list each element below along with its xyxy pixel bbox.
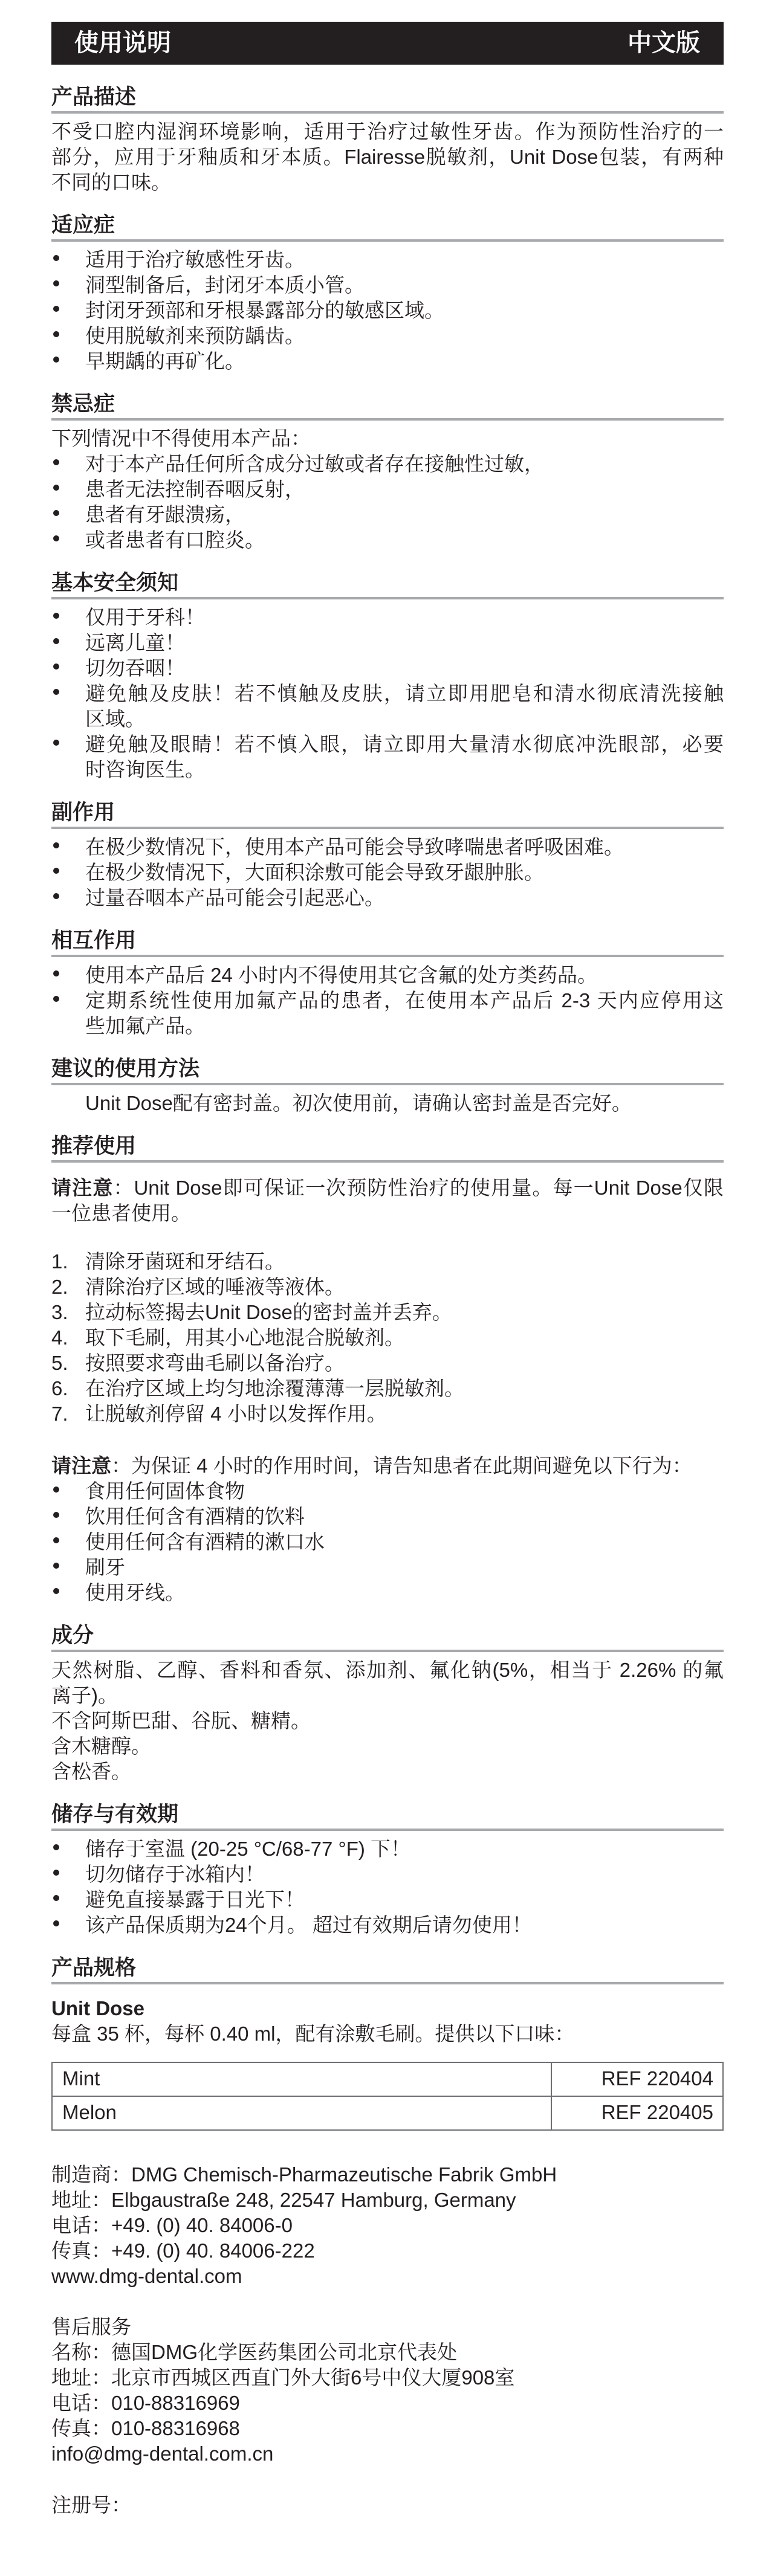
manufacturer-block: 制造商：DMG Chemisch-Pharmazeutische Fabrik … <box>51 2162 724 2289</box>
section-divider <box>51 1982 724 1984</box>
bullet-icon <box>53 613 59 619</box>
instructions-document: 使用说明 中文版 产品描述 不受口腔内湿润环境影响，适用于治疗过敏性牙齿。作为预… <box>51 22 724 2518</box>
bullet-icon <box>53 893 59 899</box>
paragraph-line: 不受口腔内湿润环境影响，适用于治疗过敏性牙齿。作为预防性治疗的一 <box>51 119 724 144</box>
list-item-text: 定期系统性使用加氟产品的患者，在使用本产品后 2-3 天内应停用这 <box>85 988 724 1013</box>
section-body: 请注意：Unit Dose即可保证一次预防性治疗的使用量。每一Unit Dose… <box>51 1175 724 1606</box>
service-phone: 电话：010-88316969 <box>51 2390 724 2416</box>
step-number: 1. <box>51 1249 68 1274</box>
bullet-list: 仅用于牙科！ 远离儿童！ 切勿吞咽！ 避免触及皮肤！若不慎触及皮肤，请立即用肥皂… <box>51 605 724 783</box>
service-address: 地址：北京市西城区西直门外大街6号中仪大厦908室 <box>51 2365 724 2390</box>
document-title: 使用说明 <box>74 22 171 65</box>
manufacturer-name: 制造商：DMG Chemisch-Pharmazeutische Fabrik … <box>51 2162 724 2187</box>
section-body: 不受口腔内湿润环境影响，适用于治疗过敏性牙齿。作为预防性治疗的一 部分，应用于牙… <box>51 119 724 195</box>
bullet-icon <box>53 331 59 337</box>
list-item-text: 储存于室温 (20-25 °C/68-77 °F) 下！ <box>85 1836 724 1862</box>
paragraph-line: 部分，应用于牙釉质和牙本质。Flairesse脱敏剂，Unit Dose包装，有… <box>51 144 724 170</box>
section-heading: 产品规格 <box>51 1955 724 1981</box>
bullet-icon <box>53 1870 59 1876</box>
section-heading: 储存与有效期 <box>51 1802 724 1827</box>
list-item-text: 适用于治疗敏感性牙齿。 <box>85 247 724 273</box>
section-heading: 成分 <box>51 1623 724 1648</box>
step-number: 7. <box>51 1401 68 1427</box>
bullet-icon <box>53 689 59 695</box>
section-ingredients: 成分 天然树脂、乙醇、香料和香氛、添加剂、氟化钠(5%，相当于 2.26% 的氟… <box>51 1623 724 1784</box>
section-specs: 产品规格 Unit Dose 每盒 35 杯，每杯 0.40 ml，配有涂敷毛刷… <box>51 1955 724 2131</box>
section-indications: 适应症 适用于治疗敏感性牙齿。 洞型制备后，封闭牙本质小管。 封闭牙颈部和牙根暴… <box>51 213 724 374</box>
bullet-list: 在极少数情况下，使用本产品可能会导致哮喘患者呼吸困难。 在极少数情况下，大面积涂… <box>51 834 724 911</box>
paragraph-line: 不同的口味。 <box>51 170 724 195</box>
list-item: 避免触及皮肤！若不慎触及皮肤，请立即用肥皂和清水彻底清洗接触 区域。 <box>51 681 724 732</box>
manufacturer-fax: 传真：+49. (0) 40. 84006-222 <box>51 2238 724 2264</box>
step-item: 1.清除牙菌斑和牙结石。 <box>51 1249 724 1274</box>
list-item: 储存于室温 (20-25 °C/68-77 °F) 下！ <box>51 1836 724 1862</box>
bullet-icon <box>53 535 59 541</box>
list-item: 患者无法控制吞咽反射， <box>51 477 724 502</box>
list-item-text: 患者有牙龈溃疡， <box>85 502 724 528</box>
list-item-text: 使用牙线。 <box>85 1580 724 1606</box>
note-text: ：为保证 4 小时的作用时间，请告知患者在此期间避免以下行为： <box>111 1454 692 1477</box>
step-item: 2.清除治疗区域的唾液等液体。 <box>51 1274 724 1300</box>
note-label: 请注意 <box>51 1177 113 1199</box>
list-item: 患者有牙龈溃疡， <box>51 502 724 528</box>
bullet-icon <box>53 970 59 976</box>
list-item: 该产品保质期为24个月。 超过有效期后请勿使用！ <box>51 1913 724 1938</box>
list-item: 使用任何含有酒精的漱口水 <box>51 1529 724 1555</box>
list-item-text: 区域。 <box>85 706 724 732</box>
step-text: 清除治疗区域的唾液等液体。 <box>85 1274 724 1300</box>
step-number: 5. <box>51 1351 68 1376</box>
ref-cell: REF 220405 <box>552 2097 722 2129</box>
flavor-table: Mint REF 220404 Melon REF 220405 <box>51 2062 724 2131</box>
list-item-text: 过量吞咽本产品可能会引起恶心。 <box>85 885 724 911</box>
service-name: 名称：德国DMG化学医药集团公司北京代表处 <box>51 2340 724 2365</box>
list-item-text: 在极少数情况下，大面积涂敷可能会导致牙龈肿胀。 <box>85 860 724 885</box>
list-item-text: 食用任何固体食物 <box>85 1479 724 1504</box>
list-item-text: 对于本产品任何所含成分过敏或者存在接触性过敏， <box>85 451 724 477</box>
step-item: 6.在治疗区域上均匀地涂覆薄薄一层脱敏剂。 <box>51 1376 724 1401</box>
bullet-list: 使用本产品后 24 小时内不得使用其它含氟的处方类药品。 定期系统性使用加氟产品… <box>51 963 724 1039</box>
bullet-icon <box>53 1512 59 1518</box>
section-interactions: 相互作用 使用本产品后 24 小时内不得使用其它含氟的处方类药品。 定期系统性使… <box>51 928 724 1039</box>
list-item: 过量吞咽本产品可能会引起恶心。 <box>51 885 724 911</box>
list-item: 定期系统性使用加氟产品的患者，在使用本产品后 2-3 天内应停用这 些加氟产品。 <box>51 988 724 1039</box>
bullet-icon <box>53 306 59 312</box>
list-item-text: 仅用于牙科！ <box>85 605 724 630</box>
section-divider <box>51 1650 724 1652</box>
package-text: 每盒 35 杯，每杯 0.40 ml，配有涂敷毛刷。提供以下口味： <box>51 2021 724 2047</box>
step-number: 2. <box>51 1274 68 1300</box>
note-line: 请注意：Unit Dose即可保证一次预防性治疗的使用量。每一Unit Dose… <box>51 1175 724 1201</box>
intro-text: 下列情况中不得使用本产品： <box>51 426 724 451</box>
paragraph-line: 含松香。 <box>51 1759 724 1784</box>
section-contraindications: 禁忌症 下列情况中不得使用本产品： 对于本产品任何所含成分过敏或者存在接触性过敏… <box>51 392 724 553</box>
section-heading: 副作用 <box>51 800 724 825</box>
list-item: 仅用于牙科！ <box>51 605 724 630</box>
list-item-text: 切勿储存于冰箱内！ <box>85 1862 724 1887</box>
email-link[interactable]: info@dmg-dental.com.cn <box>51 2441 724 2467</box>
list-item-text: 封闭牙颈部和牙根暴露部分的敏感区域。 <box>85 298 724 323</box>
service-fax: 传真：010-88316968 <box>51 2416 724 2441</box>
paragraph-line: 离子)。 <box>51 1683 724 1708</box>
bullet-icon <box>53 459 59 465</box>
section-heading: 产品描述 <box>51 85 724 110</box>
registration-label: 注册号： <box>51 2493 724 2518</box>
section-divider <box>51 418 724 421</box>
list-item: 切勿储存于冰箱内！ <box>51 1862 724 1887</box>
bullet-icon <box>53 1920 59 1926</box>
section-divider <box>51 827 724 829</box>
list-item-text: 避免直接暴露于日光下！ <box>85 1887 724 1913</box>
section-heading: 禁忌症 <box>51 392 724 417</box>
list-item: 刷牙 <box>51 1555 724 1580</box>
bullet-icon <box>53 638 59 644</box>
bullet-icon <box>53 280 59 286</box>
ref-cell: REF 220404 <box>552 2063 722 2096</box>
step-text: 在治疗区域上均匀地涂覆薄薄一层脱敏剂。 <box>85 1376 724 1401</box>
list-item-text: 使用脱敏剂来预防龋齿。 <box>85 323 724 349</box>
list-item-text: 使用本产品后 24 小时内不得使用其它含氟的处方类药品。 <box>85 963 724 988</box>
bullet-icon <box>53 1844 59 1850</box>
bullet-icon <box>53 868 59 874</box>
list-item-text: 使用任何含有酒精的漱口水 <box>85 1529 724 1555</box>
note-text: ：Unit Dose即可保证一次预防性治疗的使用量。每一Unit Dose仅限 <box>113 1177 724 1199</box>
section-heading: 基本安全须知 <box>51 570 724 596</box>
flavor-cell: Melon <box>53 2097 552 2129</box>
table-row: Melon REF 220405 <box>53 2097 722 2131</box>
section-divider <box>51 239 724 242</box>
step-number: 4. <box>51 1325 68 1351</box>
step-text: 拉动标签揭去Unit Dose的密封盖并丢弃。 <box>85 1300 724 1325</box>
note-line: 一位患者使用。 <box>51 1201 724 1226</box>
list-item: 避免直接暴露于日光下！ <box>51 1887 724 1913</box>
list-item: 切勿吞咽！ <box>51 656 724 681</box>
step-item: 7.让脱敏剂停留 4 小时以发挥作用。 <box>51 1401 724 1427</box>
step-number: 6. <box>51 1376 68 1401</box>
spacer <box>51 1226 724 1249</box>
list-item-text: 在极少数情况下，使用本产品可能会导致哮喘患者呼吸困难。 <box>85 834 724 860</box>
list-item-text: 刷牙 <box>85 1555 724 1580</box>
section-side-effects: 副作用 在极少数情况下，使用本产品可能会导致哮喘患者呼吸困难。 在极少数情况下，… <box>51 800 724 911</box>
language-label: 中文版 <box>627 22 700 65</box>
list-item: 避免触及眼睛！若不慎入眼，请立即用大量清水彻底冲洗眼部，必要 时咨询医生。 <box>51 732 724 783</box>
bullet-icon <box>53 996 59 1002</box>
bullet-icon <box>53 485 59 491</box>
section-divider <box>51 1083 724 1085</box>
list-item-text: 患者无法控制吞咽反射， <box>85 477 724 502</box>
document-header: 使用说明 中文版 <box>51 22 724 65</box>
table-row: Mint REF 220404 <box>53 2063 722 2097</box>
flavor-cell: Mint <box>53 2063 552 2096</box>
step-text: 取下毛刷，用其小心地混合脱敏剂。 <box>85 1325 724 1351</box>
section-heading: 推荐使用 <box>51 1134 724 1159</box>
section-heading: 建议的使用方法 <box>51 1056 724 1082</box>
section-body: Unit Dose配有密封盖。初次使用前，请确认密封盖是否完好。 <box>51 1091 724 1116</box>
list-item-text: 避免触及皮肤！若不慎触及皮肤，请立即用肥皂和清水彻底清洗接触 <box>85 681 724 706</box>
bullet-icon <box>53 663 59 670</box>
bullet-icon <box>53 1563 59 1569</box>
note-label: 请注意 <box>51 1454 111 1477</box>
section-divider <box>51 597 724 599</box>
list-item-text: 或者患者有口腔炎。 <box>85 528 724 553</box>
website-link[interactable]: www.dmg-dental.com <box>51 2264 724 2289</box>
manufacturer-address: 地址：Elbgaustraße 248, 22547 Hamburg, Germ… <box>51 2187 724 2213</box>
bullet-icon <box>53 357 59 363</box>
section-divider <box>51 1160 724 1163</box>
step-text: 清除牙菌斑和牙结石。 <box>85 1249 724 1274</box>
bullet-list: 储存于室温 (20-25 °C/68-77 °F) 下！ 切勿储存于冰箱内！ 避… <box>51 1836 724 1938</box>
list-item-text: 该产品保质期为24个月。 超过有效期后请勿使用！ <box>85 1913 724 1938</box>
list-item: 远离儿童！ <box>51 630 724 656</box>
list-item: 洞型制备后，封闭牙本质小管。 <box>51 273 724 298</box>
list-item-text: 些加氟产品。 <box>85 1013 724 1039</box>
section-divider <box>51 955 724 957</box>
list-item: 适用于治疗敏感性牙齿。 <box>51 247 724 273</box>
list-item-text: 远离儿童！ <box>85 630 724 656</box>
note-line: 请注意：为保证 4 小时的作用时间，请告知患者在此期间避免以下行为： <box>51 1453 724 1479</box>
list-item: 食用任何固体食物 <box>51 1479 724 1504</box>
list-item: 对于本产品任何所含成分过敏或者存在接触性过敏， <box>51 451 724 477</box>
list-item: 或者患者有口腔炎。 <box>51 528 724 553</box>
section-divider <box>51 111 724 114</box>
service-block: 售后服务 名称：德国DMG化学医药集团公司北京代表处 地址：北京市西城区西直门外… <box>51 2314 724 2467</box>
bullet-icon <box>53 740 59 746</box>
section-safety: 基本安全须知 仅用于牙科！ 远离儿童！ 切勿吞咽！ 避免触及皮肤！若不慎触及皮肤… <box>51 570 724 783</box>
list-item: 使用牙线。 <box>51 1580 724 1606</box>
step-text: 让脱敏剂停留 4 小时以发挥作用。 <box>85 1401 724 1427</box>
list-item-text: 切勿吞咽！ <box>85 656 724 681</box>
paragraph-line: 不含阿斯巴甜、谷朊、糖精。 <box>51 1708 724 1734</box>
section-heading: 相互作用 <box>51 928 724 954</box>
section-body: Unit Dose 每盒 35 杯，每杯 0.40 ml，配有涂敷毛刷。提供以下… <box>51 1996 724 2131</box>
paragraph-line: 含木糖醇。 <box>51 1734 724 1759</box>
spacer <box>51 1427 724 1453</box>
bullet-icon <box>53 1588 59 1594</box>
bullet-list: 适用于治疗敏感性牙齿。 洞型制备后，封闭牙本质小管。 封闭牙颈部和牙根暴露部分的… <box>51 247 724 374</box>
list-item: 饮用任何含有酒精的饮料 <box>51 1504 724 1529</box>
section-body: 下列情况中不得使用本产品： 对于本产品任何所含成分过敏或者存在接触性过敏， 患者… <box>51 426 724 553</box>
list-item-text: 时咨询医生。 <box>85 757 724 783</box>
list-item-text: 早期龋的再矿化。 <box>85 349 724 374</box>
list-item: 早期龋的再矿化。 <box>51 349 724 374</box>
bullet-icon <box>53 842 59 848</box>
service-title: 售后服务 <box>51 2314 724 2340</box>
manufacturer-phone: 电话：+49. (0) 40. 84006-0 <box>51 2213 724 2238</box>
list-item: 在极少数情况下，使用本产品可能会导致哮喘患者呼吸困难。 <box>51 834 724 860</box>
step-item: 5.按照要求弯曲毛刷以备治疗。 <box>51 1351 724 1376</box>
list-item-text: 避免触及眼睛！若不慎入眼，请立即用大量清水彻底冲洗眼部，必要 <box>85 732 724 757</box>
paragraph-line: 天然树脂、乙醇、香料和香氛、添加剂、氟化钠(5%，相当于 2.26% 的氟 <box>51 1658 724 1683</box>
section-body: 天然树脂、乙醇、香料和香氛、添加剂、氟化钠(5%，相当于 2.26% 的氟 离子… <box>51 1658 724 1784</box>
product-name: Unit Dose <box>51 1996 724 2021</box>
method-text: Unit Dose配有密封盖。初次使用前，请确认密封盖是否完好。 <box>51 1091 724 1116</box>
list-item: 在极少数情况下，大面积涂敷可能会导致牙龈肿胀。 <box>51 860 724 885</box>
step-item: 3.拉动标签揭去Unit Dose的密封盖并丢弃。 <box>51 1300 724 1325</box>
section-usage: 推荐使用 请注意：Unit Dose即可保证一次预防性治疗的使用量。每一Unit… <box>51 1134 724 1606</box>
section-heading: 适应症 <box>51 213 724 238</box>
list-item: 使用本产品后 24 小时内不得使用其它含氟的处方类药品。 <box>51 963 724 988</box>
bullet-icon <box>53 1895 59 1901</box>
list-item: 使用脱敏剂来预防龋齿。 <box>51 323 724 349</box>
registration-block: 注册号： <box>51 2493 724 2518</box>
section-recommended-method: 建议的使用方法 Unit Dose配有密封盖。初次使用前，请确认密封盖是否完好。 <box>51 1056 724 1116</box>
list-item-text: 洞型制备后，封闭牙本质小管。 <box>85 273 724 298</box>
bullet-icon <box>53 255 59 261</box>
step-item: 4.取下毛刷，用其小心地混合脱敏剂。 <box>51 1325 724 1351</box>
bullet-icon <box>53 1537 59 1543</box>
bullet-icon <box>53 510 59 516</box>
section-divider <box>51 1829 724 1831</box>
list-item-text: 饮用任何含有酒精的饮料 <box>85 1504 724 1529</box>
list-item: 封闭牙颈部和牙根暴露部分的敏感区域。 <box>51 298 724 323</box>
section-storage: 储存与有效期 储存于室温 (20-25 °C/68-77 °F) 下！ 切勿储存… <box>51 1802 724 1938</box>
bullet-icon <box>53 1487 59 1493</box>
step-text: 按照要求弯曲毛刷以备治疗。 <box>85 1351 724 1376</box>
section-description: 产品描述 不受口腔内湿润环境影响，适用于治疗过敏性牙齿。作为预防性治疗的一 部分… <box>51 85 724 195</box>
step-number: 3. <box>51 1300 68 1325</box>
